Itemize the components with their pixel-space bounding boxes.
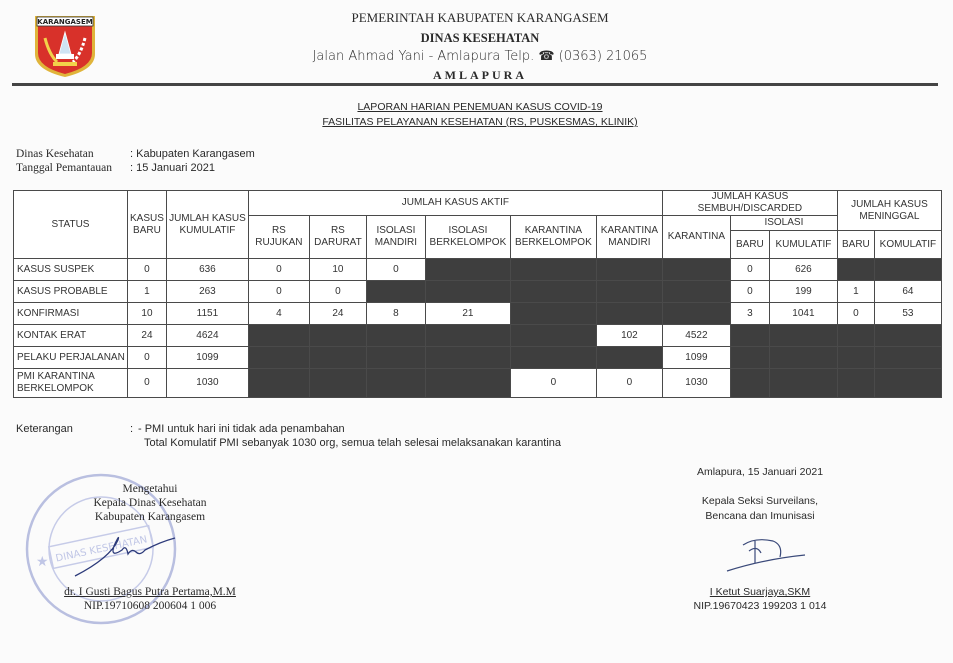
signer-position-1: Kepala Seksi Surveilans,	[660, 495, 860, 507]
cell-isolasi-berkelompok	[425, 259, 510, 281]
cell-kumulatif: 4624	[166, 325, 248, 347]
cell-meninggal-kumulatif	[874, 325, 941, 347]
cell-isolasi-berkelompok	[425, 347, 510, 369]
cell-isolasi-berkelompok	[425, 325, 510, 347]
cell-karantina-berkelompok	[510, 281, 596, 303]
notes-line-2: Total Komulatif PMI sebanyak 1030 org, s…	[144, 437, 561, 449]
cell-karantina: 1099	[662, 347, 730, 369]
header-karantina-berkelompok: KARANTINA BERKELOMPOK	[510, 216, 596, 259]
notes-line-1: - PMI untuk hari ini tidak ada penambaha…	[138, 423, 345, 435]
cell-isolasi-kumulatif	[769, 347, 837, 369]
approval-label: Mengetahui	[30, 483, 270, 495]
report-title: LAPORAN HARIAN PENEMUAN KASUS COVID-19	[320, 101, 640, 113]
cell-rs-darurat: 0	[309, 281, 366, 303]
header-meninggal-kumulatif: KOMULATIF	[874, 231, 941, 259]
header-kasus-baru: KASUS BARU	[128, 191, 167, 259]
cell-karantina	[662, 259, 730, 281]
table-row: PELAKU PERJALANAN010991099	[14, 347, 942, 369]
meta-value-tanggal: : 15 Januari 2021	[130, 162, 215, 174]
karangasem-coat-of-arms-logo: KARANGASEM	[31, 14, 99, 78]
header-jumlah-kumulatif: JUMLAH KASUS KUMULATIF	[166, 191, 248, 259]
cell-meninggal-baru	[837, 259, 874, 281]
cell-isolasi-mandiri: 8	[366, 303, 425, 325]
approver-position: Kepala Dinas Kesehatan	[30, 497, 270, 509]
cell-kasus-baru: 1	[128, 281, 167, 303]
header-kasus-sembuh: JUMLAH KASUS SEMBUH/DISCARDED	[662, 191, 837, 216]
cell-kumulatif: 263	[166, 281, 248, 303]
cell-status: PELAKU PERJALANAN	[14, 347, 128, 369]
cell-isolasi-baru: 3	[730, 303, 769, 325]
header-kasus-aktif: JUMLAH KASUS AKTIF	[248, 191, 662, 216]
letterhead-city: AMLAPURA	[250, 68, 710, 83]
cell-karantina-mandiri: 0	[596, 369, 662, 398]
cell-meninggal-kumulatif	[874, 259, 941, 281]
letterhead-department: DINAS KESEHATAN	[250, 31, 710, 46]
cell-kasus-baru: 0	[128, 347, 167, 369]
cell-rs-rujukan: 4	[248, 303, 309, 325]
cell-meninggal-kumulatif: 53	[874, 303, 941, 325]
cell-status: KONTAK ERAT	[14, 325, 128, 347]
cell-status: KONFIRMASI	[14, 303, 128, 325]
cell-meninggal-kumulatif	[874, 369, 941, 398]
header-isolasi-baru: BARU	[730, 231, 769, 259]
cell-kumulatif: 1099	[166, 347, 248, 369]
header-karantina-mandiri: KARANTINA MANDIRI	[596, 216, 662, 259]
header-isolasi: ISOLASI	[730, 216, 837, 231]
cell-meninggal-baru: 1	[837, 281, 874, 303]
cell-isolasi-mandiri: 0	[366, 259, 425, 281]
cell-isolasi-berkelompok: 21	[425, 303, 510, 325]
cell-isolasi-kumulatif	[769, 325, 837, 347]
cell-kasus-baru: 0	[128, 369, 167, 398]
cell-isolasi-baru	[730, 369, 769, 398]
cell-karantina: 1030	[662, 369, 730, 398]
cell-isolasi-baru	[730, 347, 769, 369]
report-subtitle: FASILITAS PELAYANAN KESEHATAN (RS, PUSKE…	[320, 116, 640, 128]
cell-karantina-mandiri	[596, 281, 662, 303]
table-row: KASUS PROBABLE1263000199164	[14, 281, 942, 303]
cell-status: KASUS SUSPEK	[14, 259, 128, 281]
header-karantina: KARANTINA	[662, 216, 730, 259]
cell-kumulatif: 1151	[166, 303, 248, 325]
cell-karantina-berkelompok	[510, 325, 596, 347]
meta-label-dinas: Dinas Kesehatan	[16, 148, 94, 160]
cell-kumulatif: 1030	[166, 369, 248, 398]
cell-karantina: 4522	[662, 325, 730, 347]
cell-rs-rujukan: 0	[248, 281, 309, 303]
table-row: KONFIRMASI10115142482131041053	[14, 303, 942, 325]
cell-meninggal-baru	[837, 369, 874, 398]
table-row: KASUS SUSPEK063601000626	[14, 259, 942, 281]
cell-isolasi-baru	[730, 325, 769, 347]
signer-nip: NIP.19670423 199203 1 014	[660, 600, 860, 612]
cell-rs-darurat: 24	[309, 303, 366, 325]
cell-karantina	[662, 281, 730, 303]
cell-karantina-berkelompok: 0	[510, 369, 596, 398]
cell-karantina-mandiri	[596, 303, 662, 325]
cell-rs-darurat	[309, 325, 366, 347]
header-rs-rujukan: RS RUJUKAN	[248, 216, 309, 259]
header-status: STATUS	[14, 191, 128, 259]
signer-name: I Ketut Suarjaya,SKM	[660, 586, 860, 598]
signature-right-icon	[725, 535, 810, 575]
notes-colon: :	[130, 423, 133, 435]
cell-isolasi-mandiri	[366, 281, 425, 303]
cell-rs-rujukan: 0	[248, 259, 309, 281]
table-row: KONTAK ERAT2446241024522	[14, 325, 942, 347]
cell-kasus-baru: 10	[128, 303, 167, 325]
svg-text:KARANGASEM: KARANGASEM	[37, 18, 92, 26]
table-row: PMI KARANTINA BERKELOMPOK01030001030	[14, 369, 942, 398]
header-isolasi-mandiri: ISOLASI MANDIRI	[366, 216, 425, 259]
cell-isolasi-kumulatif	[769, 369, 837, 398]
approver-name: dr. I Gusti Bagus Putra Pertama,M.M	[30, 586, 270, 598]
letterhead-divider	[12, 83, 938, 86]
cell-isolasi-berkelompok	[425, 281, 510, 303]
cell-kasus-baru: 24	[128, 325, 167, 347]
header-isolasi-berkelompok: ISOLASI BERKELOMPOK	[425, 216, 510, 259]
letterhead-address: Jalan Ahmad Yani - Amlapura Telp. ☎ (036…	[250, 49, 710, 64]
cell-isolasi-berkelompok	[425, 369, 510, 398]
cell-meninggal-kumulatif: 64	[874, 281, 941, 303]
place-date: Amlapura, 15 Januari 2021	[660, 466, 860, 478]
cell-karantina-berkelompok	[510, 259, 596, 281]
covid-case-table: STATUS KASUS BARU JUMLAH KASUS KUMULATIF…	[13, 190, 942, 398]
cell-rs-rujukan	[248, 369, 309, 398]
header-rs-darurat: RS DARURAT	[309, 216, 366, 259]
signer-position-2: Bencana dan Imunisasi	[660, 510, 860, 522]
signature-left-icon	[70, 528, 180, 583]
meta-label-tanggal: Tanggal Pemantauan	[16, 162, 112, 174]
cell-rs-rujukan	[248, 347, 309, 369]
header-isolasi-kumulatif: KUMULATIF	[769, 231, 837, 259]
cell-kumulatif: 636	[166, 259, 248, 281]
cell-isolasi-kumulatif: 1041	[769, 303, 837, 325]
cell-isolasi-mandiri	[366, 325, 425, 347]
approver-office: Kabupaten Karangasem	[30, 511, 270, 523]
svg-text:★: ★	[36, 553, 49, 569]
cell-rs-darurat	[309, 347, 366, 369]
meta-value-dinas: : Kabupaten Karangasem	[130, 148, 255, 160]
cell-rs-darurat: 10	[309, 259, 366, 281]
cell-meninggal-baru	[837, 347, 874, 369]
cell-kasus-baru: 0	[128, 259, 167, 281]
approver-nip: NIP.19710608 200604 1 006	[30, 600, 270, 612]
notes-label: Keterangan	[16, 423, 73, 435]
cell-isolasi-baru: 0	[730, 281, 769, 303]
cell-rs-darurat	[309, 369, 366, 398]
cell-status: KASUS PROBABLE	[14, 281, 128, 303]
cell-status: PMI KARANTINA BERKELOMPOK	[14, 369, 128, 398]
letterhead-government: PEMERINTAH KABUPATEN KARANGASEM	[250, 10, 710, 26]
cell-isolasi-mandiri	[366, 369, 425, 398]
cell-rs-rujukan	[248, 325, 309, 347]
cell-isolasi-baru: 0	[730, 259, 769, 281]
table-body: KASUS SUSPEK063601000626KASUS PROBABLE12…	[14, 259, 942, 398]
cell-karantina-berkelompok	[510, 347, 596, 369]
cell-karantina-mandiri	[596, 347, 662, 369]
header-kasus-meninggal: JUMLAH KASUS MENINGGAL	[837, 191, 941, 231]
cell-meninggal-baru	[837, 325, 874, 347]
cell-isolasi-kumulatif: 626	[769, 259, 837, 281]
cell-karantina-mandiri: 102	[596, 325, 662, 347]
cell-karantina-berkelompok	[510, 303, 596, 325]
cell-isolasi-kumulatif: 199	[769, 281, 837, 303]
cell-karantina	[662, 303, 730, 325]
cell-meninggal-baru: 0	[837, 303, 874, 325]
header-meninggal-baru: BARU	[837, 231, 874, 259]
cell-meninggal-kumulatif	[874, 347, 941, 369]
cell-karantina-mandiri	[596, 259, 662, 281]
cell-isolasi-mandiri	[366, 347, 425, 369]
